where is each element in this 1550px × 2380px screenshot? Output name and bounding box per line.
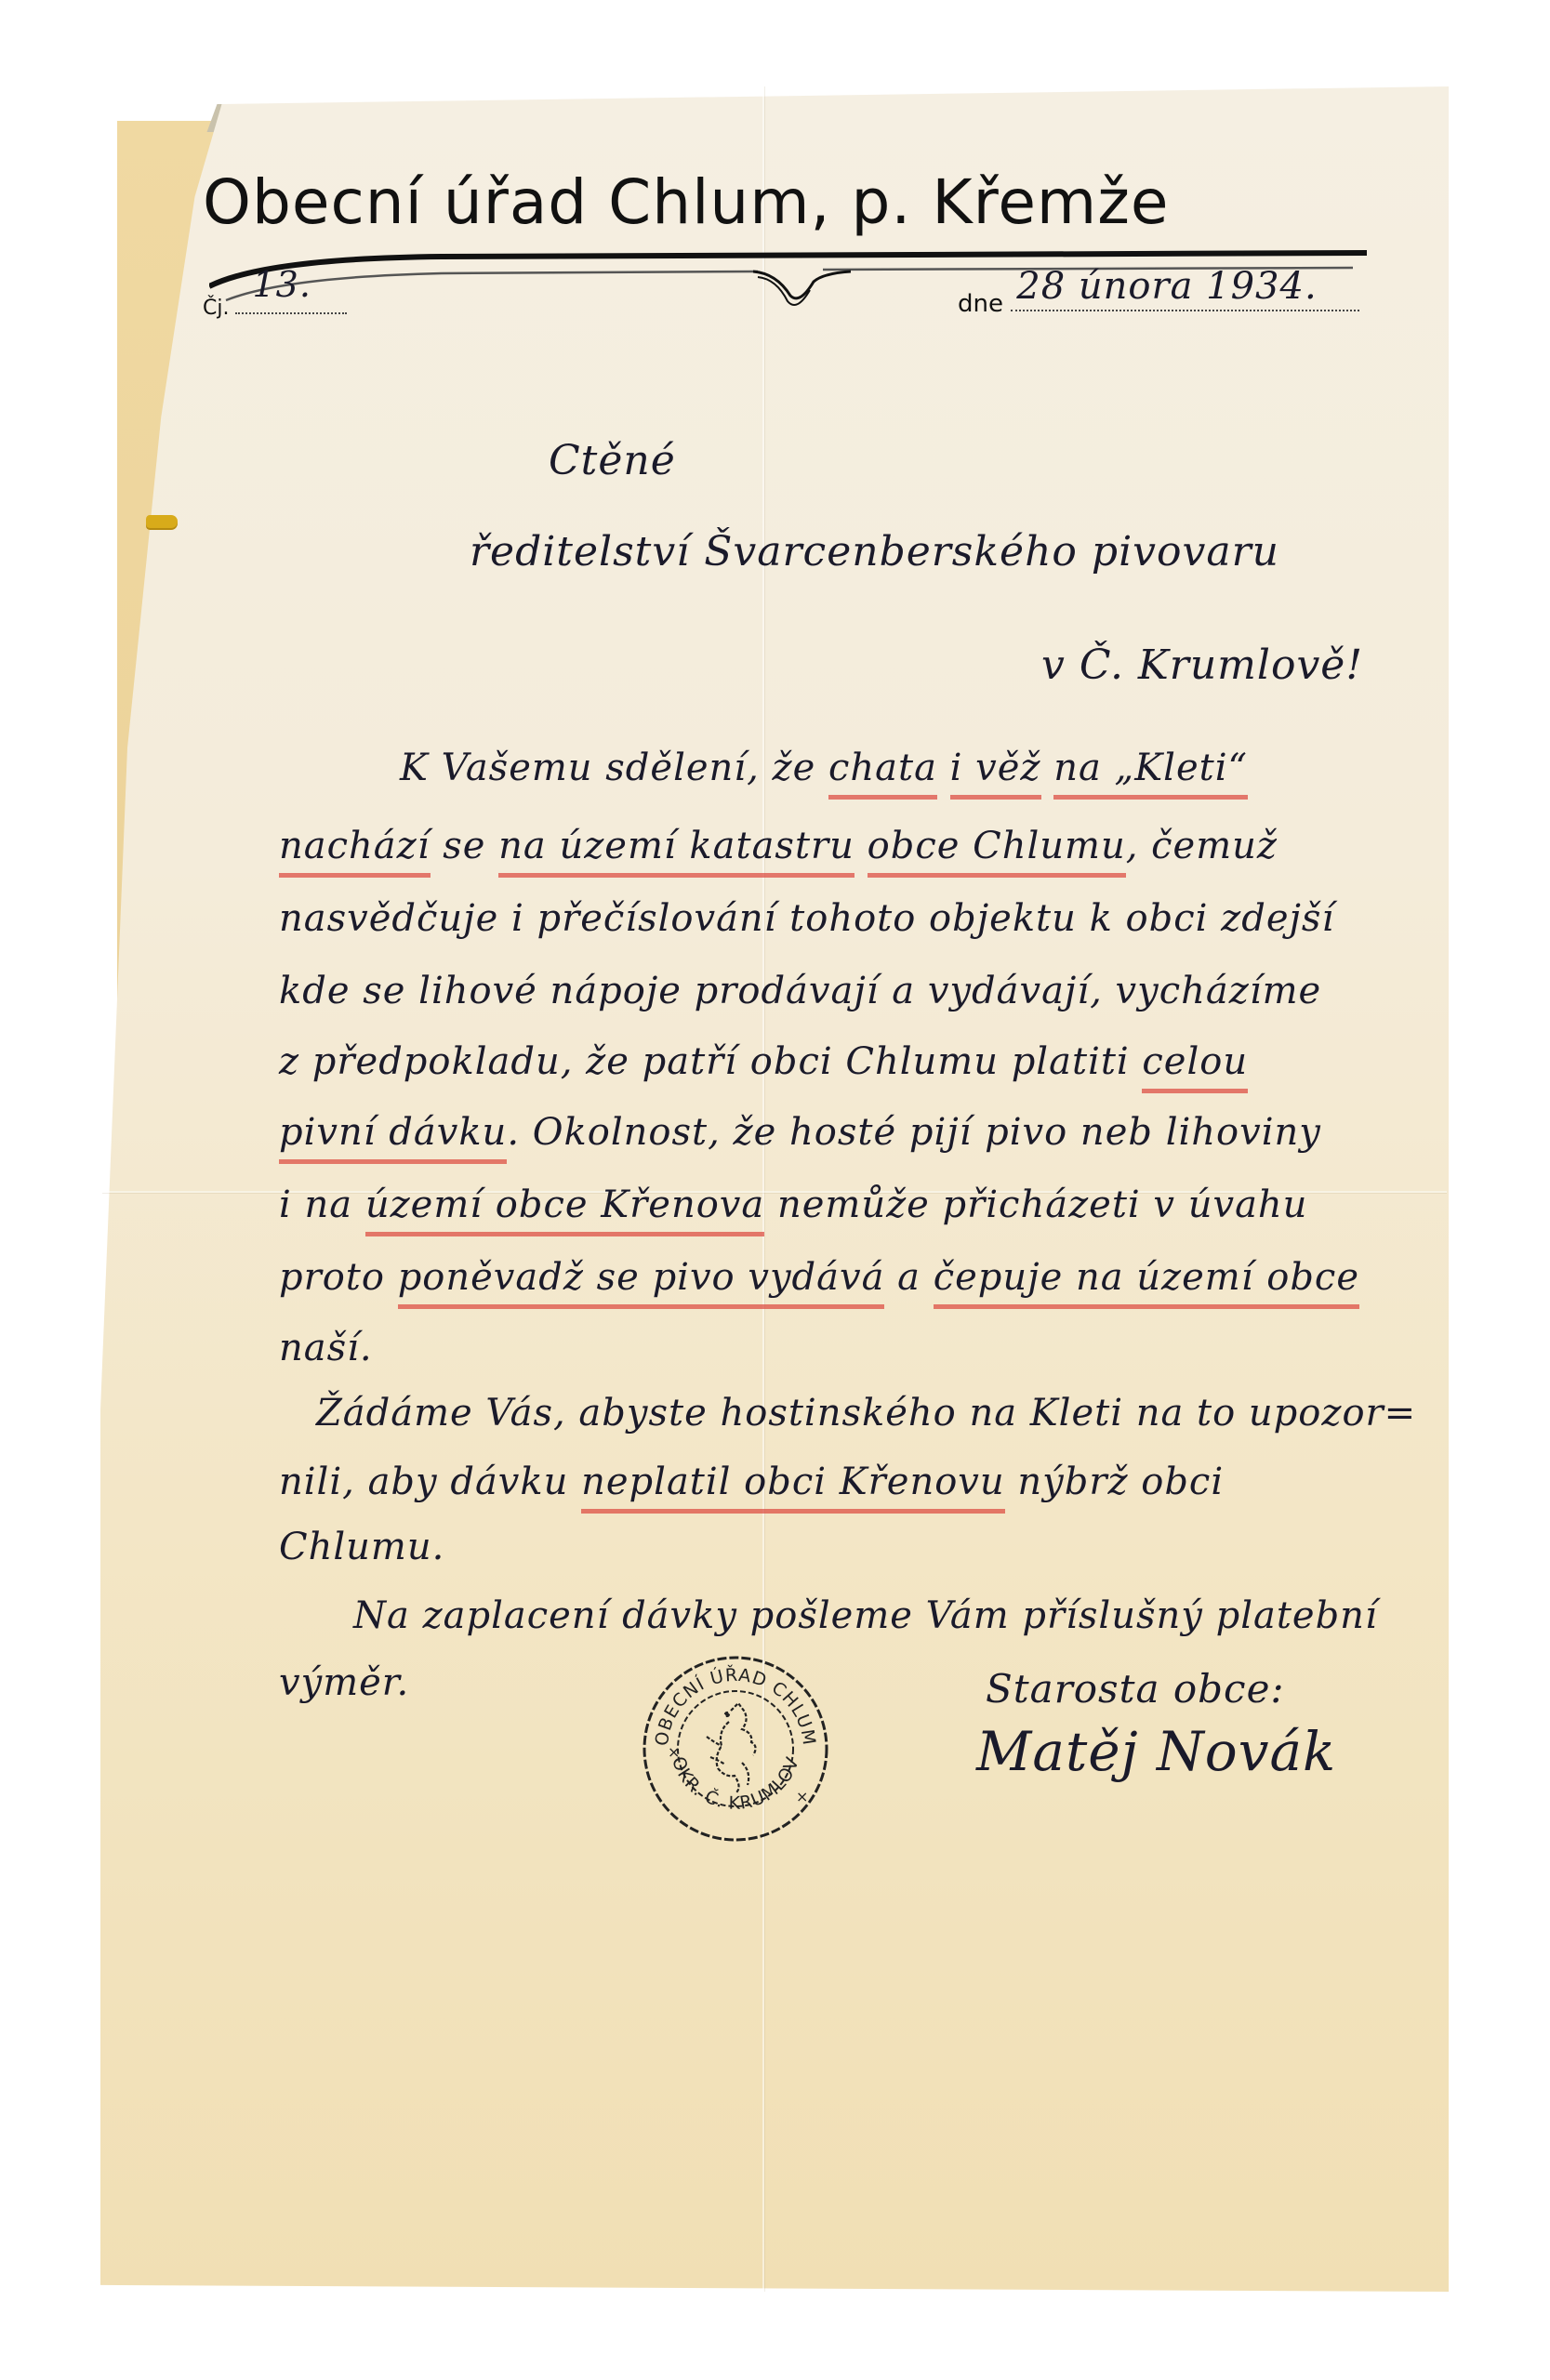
reference-label: Čj.	[203, 297, 229, 320]
lion-emblem-icon	[707, 1703, 756, 1792]
body-text: nemůže přicházeti v úvahu	[764, 1183, 1307, 1226]
date-label: dne	[958, 290, 1003, 318]
body-text: a	[884, 1256, 933, 1299]
body-line: nachází se na území katastru obce Chlumu…	[279, 827, 1278, 865]
body-line: výměr.	[279, 1664, 409, 1701]
underlined-phrase: i věž	[950, 747, 1041, 800]
body-text: se	[431, 825, 499, 867]
body-text	[937, 747, 950, 789]
body-text: , čemuž	[1126, 825, 1278, 867]
underlined-phrase: chata	[828, 747, 937, 800]
underlined-phrase: na „Kleti“	[1053, 747, 1248, 800]
body-text: proto	[279, 1256, 398, 1299]
body-line: K Vašemu sdělení, že chata i věž na „Kle…	[400, 749, 1248, 787]
body-text: Na zaplacení dávky pošleme Vám příslušný…	[353, 1594, 1378, 1637]
body-line: pivní dávku. Okolnost, že hosté pijí piv…	[279, 1114, 1321, 1151]
signature-name: Matěj Novák	[976, 1720, 1336, 1783]
body-line: z předpokladu, že patří obci Chlumu plat…	[279, 1043, 1248, 1080]
date-value: 28 února 1934.	[1016, 265, 1317, 308]
brass-pin-icon	[146, 515, 178, 528]
body-line: i na území obce Křenova nemůže přicházet…	[279, 1186, 1307, 1223]
body-text	[854, 825, 868, 867]
body-line: kde se lihové nápoje prodávají a vydávaj…	[279, 972, 1321, 1010]
body-text	[1041, 747, 1054, 789]
body-line: Chlumu.	[279, 1528, 444, 1566]
salutation-line-2: ředitelství Švarcenberského pivovaru	[470, 528, 1279, 575]
body-text: nili, aby dávku	[279, 1461, 581, 1503]
body-line: nasvědčuje i přečíslování tohoto objektu…	[279, 900, 1334, 937]
body-text: Žádáme Vás, abyste hostinského na Kleti …	[316, 1392, 1416, 1435]
underlined-phrase: celou	[1142, 1040, 1248, 1093]
salutation-line-3: v Č. Krumlově!	[1041, 641, 1363, 689]
svg-text:OKR. Č. KRUMLOV: OKR. Č. KRUMLOV	[668, 1754, 803, 1814]
body-text: z předpokladu, že patří obci Chlumu plat…	[279, 1040, 1142, 1083]
svg-text:×: ×	[796, 1788, 808, 1805]
underlined-phrase: pivní dávku	[279, 1111, 507, 1164]
svg-text:×: ×	[668, 1743, 680, 1761]
underlined-phrase: neplatil obci Křenovu	[581, 1461, 1005, 1514]
underlined-phrase: území obce Křenova	[365, 1183, 764, 1236]
reference-value: 13.	[252, 264, 311, 305]
letterhead: Obecní úřad Chlum, p. Křemže	[203, 172, 1365, 233]
seal-bottom-text: OKR. Č. KRUMLOV	[668, 1754, 803, 1814]
body-text: K Vašemu sdělení, že	[400, 747, 828, 789]
body-text: . Okolnost, že hosté pijí pivo neb lihov…	[507, 1111, 1321, 1154]
body-text: Chlumu.	[279, 1526, 444, 1568]
underlined-phrase: čepuje na území obce	[934, 1256, 1359, 1309]
date-field: dne 28 února 1934.	[958, 290, 1359, 318]
body-text: výměr.	[279, 1661, 409, 1704]
body-line: naší.	[279, 1329, 373, 1367]
body-line: nili, aby dávku neplatil obci Křenovu ný…	[279, 1463, 1224, 1501]
body-line: Žádáme Vás, abyste hostinského na Kleti …	[316, 1395, 1416, 1432]
underlined-phrase: na území katastru	[498, 825, 854, 878]
body-text: nýbrž obci	[1005, 1461, 1224, 1503]
body-text: nasvědčuje i přečíslování tohoto objektu…	[279, 897, 1334, 940]
municipal-seal: OBECNÍ ÚŘAD CHLUM OKR. Č. KRUMLOV × ×	[640, 1653, 831, 1844]
underlined-phrase: poněvadž se pivo vydává	[398, 1256, 885, 1309]
body-text: i na	[279, 1183, 365, 1226]
body-line: Na zaplacení dávky pošleme Vám příslušný…	[353, 1597, 1378, 1634]
underlined-phrase: nachází	[279, 825, 431, 878]
signature-title: Starosta obce:	[986, 1666, 1285, 1712]
reference-number-field: Čj. 13.	[203, 296, 347, 320]
salutation-line-1: Ctěné	[549, 437, 676, 484]
letterhead-title: Obecní úřad Chlum, p. Křemže	[203, 172, 1365, 233]
underlined-phrase: obce Chlumu	[868, 825, 1126, 878]
body-text: naší.	[279, 1327, 373, 1369]
body-line: proto poněvadž se pivo vydává a čepuje n…	[279, 1259, 1359, 1296]
body-text: kde se lihové nápoje prodávají a vydávaj…	[279, 970, 1321, 1012]
